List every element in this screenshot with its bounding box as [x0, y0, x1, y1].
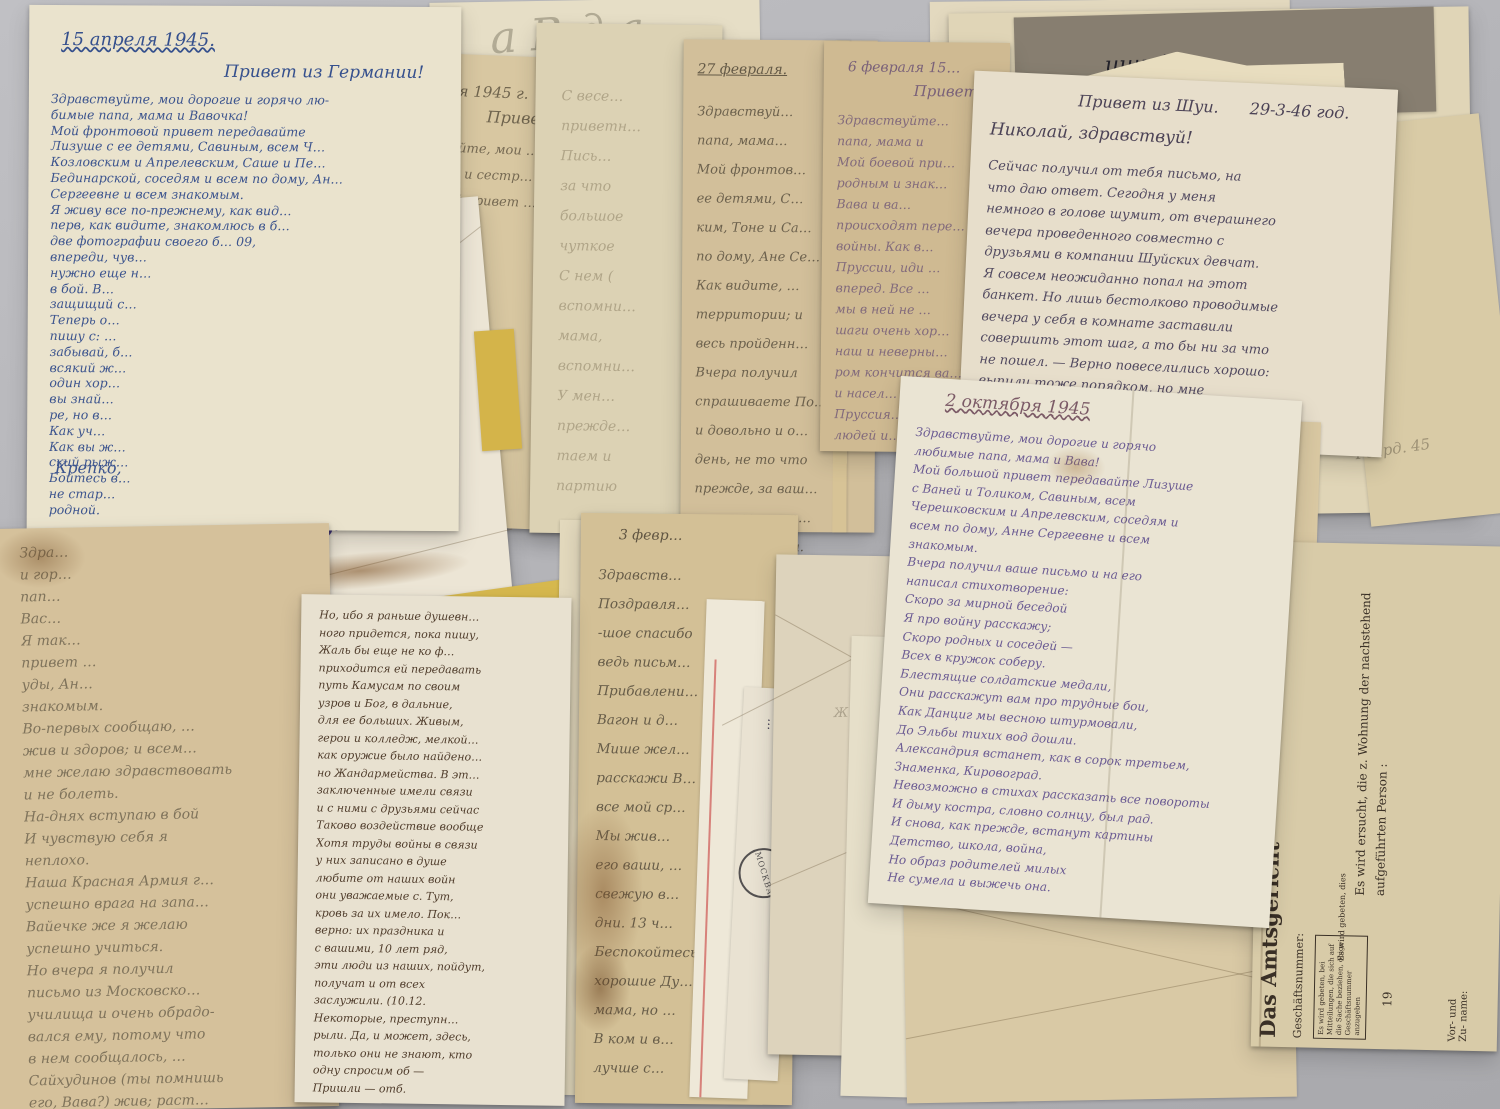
handwriting-line: не стар… [49, 486, 453, 504]
handwriting-line: пишу с: … [50, 328, 454, 346]
letter-date: 6 февраля 15… [848, 59, 961, 76]
handwriting-line: нужно еще н… [50, 265, 454, 283]
letter-header-text: Привет из Шуи. [1078, 91, 1219, 116]
form-page-number: 19 [1380, 991, 1394, 1007]
form-number-label: Geschäftsnummer: [1291, 933, 1306, 1039]
letter-closing: Крепко, [55, 458, 122, 477]
letter-body: Здравствуйте, мои дорогие и горячолюбимы… [887, 423, 1295, 911]
handwriting-line: ре, но в… [49, 407, 453, 425]
letter-body: Но, ибо я раньше душевн…ного придется, п… [313, 606, 568, 1099]
red-margin-line [699, 659, 716, 1097]
handwriting-line: Здравств… [598, 561, 793, 592]
letter-date: 2 октября 1945 [945, 391, 1091, 420]
letter-date: 3 февр… [619, 527, 683, 544]
handwriting-line: бимые папа, мама и Вавочка! [51, 107, 455, 125]
letter-header: Привет из Шуи. 29-3-46 год. [1078, 91, 1350, 122]
letter-title: Привет [914, 82, 978, 101]
letter-dense: Но, ибо я раньше душевн…ного придется, п… [294, 594, 571, 1106]
letter-germany: 15 апреля 1945. Привет из Германии! Здра… [27, 5, 462, 531]
letter-left-bottom: Здра…и гор…пап…Вас…Я так…привет …уды, Ан… [0, 523, 339, 1109]
letter-salutation: Николай, здравствуй! [989, 119, 1193, 148]
form-name-label: Vor- und Zu- name: [1447, 981, 1470, 1041]
letter-date: 27 февраля. [697, 61, 787, 78]
letter-header-date: 29-3-46 год. [1249, 99, 1350, 123]
vertical-writing: … [758, 718, 773, 731]
fold-crease [906, 962, 1299, 1039]
handwriting-line: Пришли — отб. [313, 1079, 561, 1100]
letter-date: 15 апреля 1945. [61, 29, 215, 51]
handwriting-line: родной. [49, 502, 453, 520]
letter-title: Привет из Германии! [224, 62, 424, 83]
letter-body: Здравствуйте, мои дорогие и горячо лю-би… [49, 91, 455, 520]
handwriting-line: впереди, чув… [50, 249, 454, 267]
letter-body: Здра…и гор…пап…Вас…Я так…привет …уды, Ан… [19, 537, 335, 1109]
handwriting-line: ведь письм… [597, 648, 792, 679]
handwriting-line: забывай, б… [50, 344, 454, 362]
yellow-slip [474, 329, 522, 451]
letter-oct2: 2 октября 1945 Здравствуйте, мои дорогие… [868, 376, 1302, 928]
form-side-note: Es wird gebeten, dies [1337, 873, 1348, 961]
handwriting-line: Бединарской, соседям и всем по дому, Ан… [50, 170, 454, 188]
handwriting-line: Сергеевне и всем знакомым. [50, 186, 454, 204]
form-request: Es wird ersucht, die z. Wohnung der nach… [1350, 565, 1397, 896]
handwriting-line: Здравствуйте, мои дорогие и горячо лю- [51, 91, 455, 109]
photo-of-letter-pile: а В д а ищи Ти… Вышла 13/III-48 год Коля… [0, 0, 1500, 1109]
